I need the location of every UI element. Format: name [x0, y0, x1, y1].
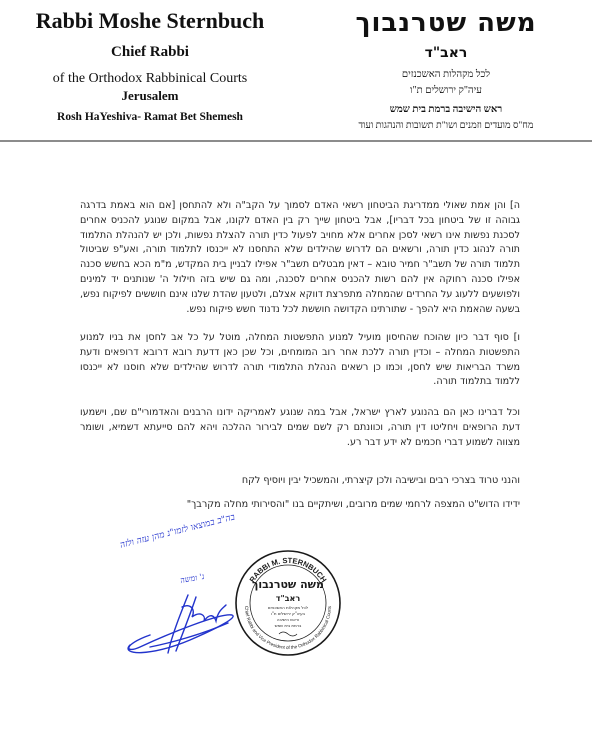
closing-line-1: והנני טרוד בצרכי רבים ובישיבה ולכן קיצרת…	[80, 474, 520, 489]
english-city: Jerusalem	[0, 88, 300, 104]
hebrew-line-1: לכל מקהלות האשכנזים	[300, 69, 592, 80]
hebrew-line-3: ראש הישיבה ברמת בית שמש	[300, 104, 592, 115]
paragraph-2: ו] סוף דבר כיון שהוכח שהחיסון מועיל למנו…	[80, 331, 520, 390]
english-name: Rabbi Moshe Sternbuch	[0, 8, 300, 34]
svg-text:ראב"ד: ראב"ד	[276, 594, 301, 603]
svg-text:בעיה"ק ירושלים ת"ו: בעיה"ק ירושלים ת"ו	[271, 611, 306, 616]
official-stamp-icon: RABBI M. STERNBUCH Chief Rabbi and Vice …	[233, 548, 343, 658]
english-title: Chief Rabbi	[0, 44, 300, 61]
svg-text:לכל מקהלות האשכנזים: לכל מקהלות האשכנזים	[268, 605, 308, 610]
signature-scrawl-icon	[110, 585, 250, 660]
svg-text:ברמת בית שמש: ברמת בית שמש	[275, 623, 302, 628]
english-courts: of the Orthodox Rabbinical Courts	[0, 71, 300, 87]
letterhead-divider	[0, 140, 592, 142]
hebrew-name: משה שטרנבוך	[300, 8, 592, 38]
hebrew-line-4: מח"ס מועדים וזמנים ושו"ת תשובות והנהגות …	[300, 121, 592, 131]
handwritten-note-line-2: נ' ומשה	[179, 572, 205, 585]
english-yeshiva: Rosh HaYeshiva- Ramat Bet Shemesh	[0, 111, 300, 123]
paragraph-3: וכל דברינו כאן הם בהנוגע לארץ ישראל, אבל…	[80, 406, 520, 450]
handwritten-note-line-1: בה"ב במוצאו לזמו"נ מהן עזה ולזה	[119, 512, 236, 551]
svg-text:וראש הישיבה: וראש הישיבה	[277, 617, 299, 622]
svg-text:משה שטרנבוך: משה שטרנבוך	[252, 578, 324, 591]
paragraph-1: ה] והן אמת שאולי ממדריגת הביטחון רשאי הא…	[80, 199, 520, 317]
closing-line-2: ידידו הדוש"ט המצפה לרחמי שמים מרובים, וש…	[80, 498, 520, 513]
hebrew-title: ראב"ד	[300, 45, 592, 61]
hebrew-line-2: עיה"ק ירושלים ת"ו	[300, 85, 592, 96]
